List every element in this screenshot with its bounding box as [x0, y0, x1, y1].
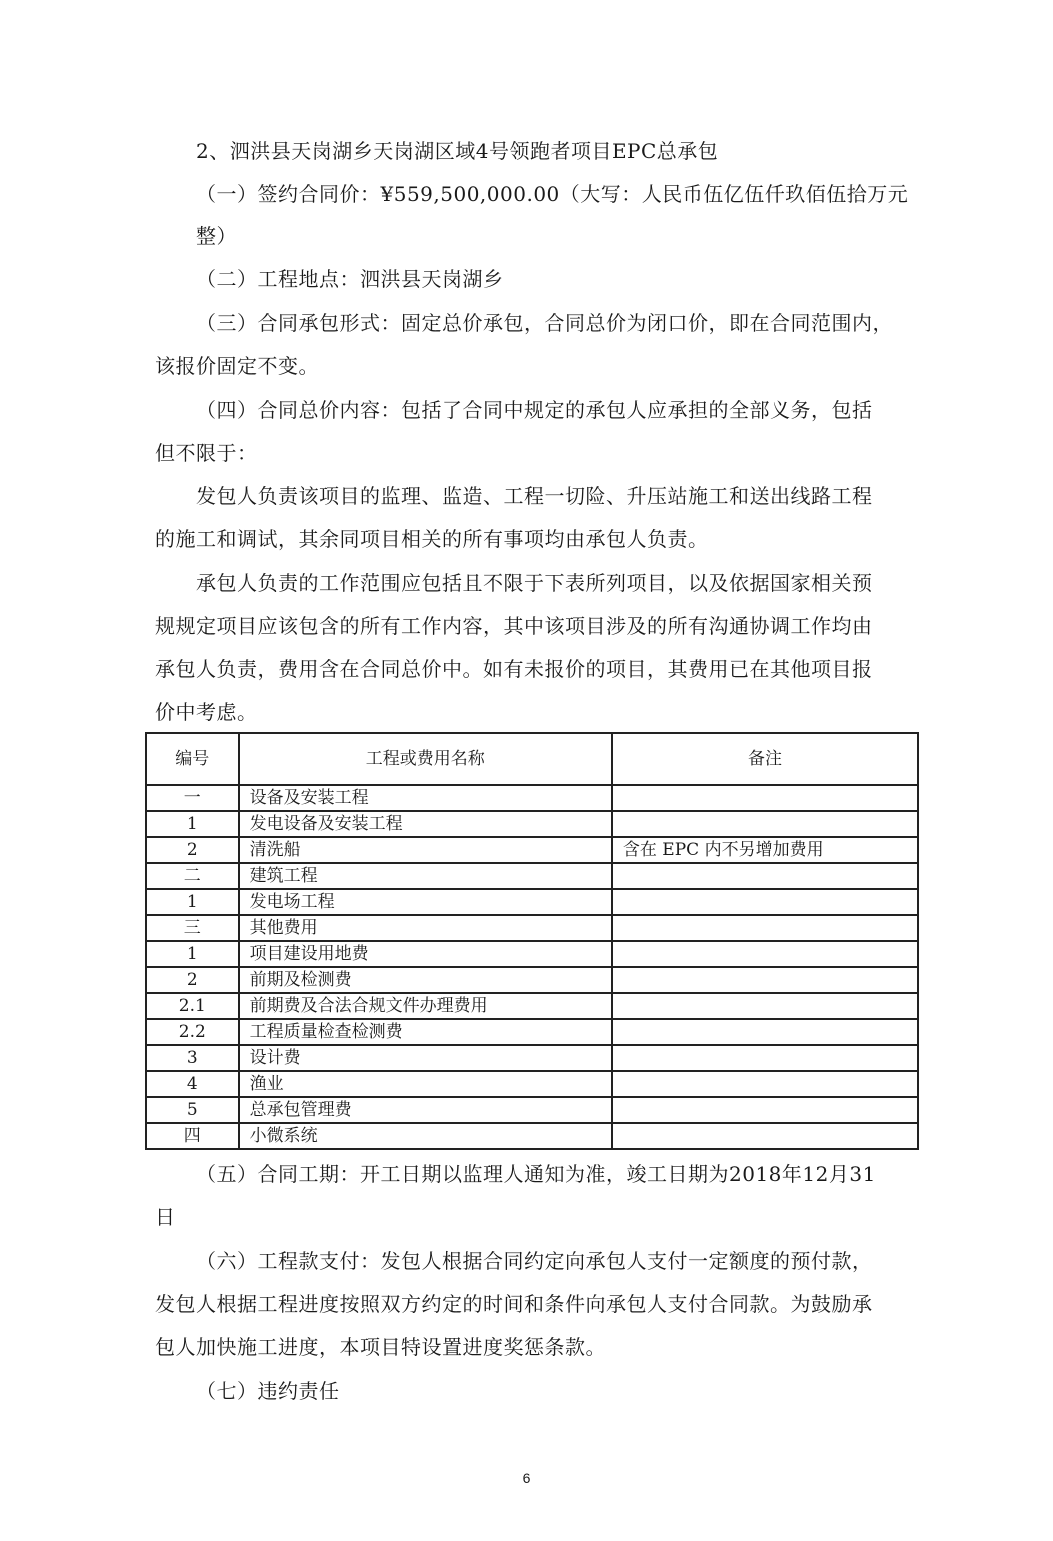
row-number: 2.1	[146, 993, 239, 1019]
scope-table: 编号 工程或费用名称 备注 一设备及安装工程 1发电设备及安装工程 2清洗船含在…	[145, 732, 919, 1150]
row-number: 四	[146, 1123, 239, 1149]
row-name: 设备及安装工程	[239, 785, 612, 811]
contract-content-line-2: 但不限于：	[155, 439, 258, 467]
table-row: 四小微系统	[146, 1123, 918, 1149]
table-row: 二建筑工程	[146, 863, 918, 889]
row-name: 发电设备及安装工程	[239, 811, 612, 837]
row-name: 建筑工程	[239, 863, 612, 889]
row-remark	[612, 785, 918, 811]
row-number: 三	[146, 915, 239, 941]
row-remark	[612, 1071, 918, 1097]
row-remark	[612, 941, 918, 967]
row-remark	[612, 1123, 918, 1149]
row-name: 前期费及合法合规文件办理费用	[239, 993, 612, 1019]
row-remark	[612, 1097, 918, 1123]
row-remark	[612, 889, 918, 915]
row-number: 5	[146, 1097, 239, 1123]
row-remark	[612, 967, 918, 993]
table-row: 4渔业	[146, 1071, 918, 1097]
contractor-scope-line-4: 价中考虑。	[155, 698, 258, 726]
project-location: （二）工程地点：泗洪县天岗湖乡	[196, 265, 504, 293]
row-remark: 含在 EPC 内不另增加费用	[612, 837, 918, 863]
row-remark	[612, 1045, 918, 1071]
liability-heading: （七）违约责任	[196, 1377, 340, 1405]
header-item-name: 工程或费用名称	[239, 733, 612, 785]
row-number: 1	[146, 811, 239, 837]
row-name: 设计费	[239, 1045, 612, 1071]
construction-period-line-2: 日	[155, 1203, 176, 1231]
row-name: 清洗船	[239, 837, 612, 863]
table-row: 1发电场工程	[146, 889, 918, 915]
employer-duty-line-2: 的施工和调试，其余同项目相关的所有事项均由承包人负责。	[155, 525, 709, 553]
row-remark	[612, 993, 918, 1019]
contract-price-line-1: （一）签约合同价：¥559,500,000.00（大写：人民币伍亿伍仟玖佰伍拾万…	[196, 180, 908, 208]
row-number: 一	[146, 785, 239, 811]
header-remarks: 备注	[612, 733, 918, 785]
row-number: 2	[146, 837, 239, 863]
payment-line-2: 发包人根据工程进度按照双方约定的时间和条件向承包人支付合同款。为鼓励承	[155, 1290, 873, 1318]
table-row: 3设计费	[146, 1045, 918, 1071]
page-number: 6	[0, 1470, 1053, 1486]
payment-line-1: （六）工程款支付：发包人根据合同约定向承包人支付一定额度的预付款，	[196, 1247, 873, 1275]
table-row: 一设备及安装工程	[146, 785, 918, 811]
row-number: 2	[146, 967, 239, 993]
table-header-row: 编号 工程或费用名称 备注	[146, 733, 918, 785]
section-heading: 2、泗洪县天岗湖乡天岗湖区域4号领跑者项目EPC总承包	[196, 137, 718, 165]
table-row: 2清洗船含在 EPC 内不另增加费用	[146, 837, 918, 863]
row-name: 工程质量检查检测费	[239, 1019, 612, 1045]
table-row: 1发电设备及安装工程	[146, 811, 918, 837]
row-remark	[612, 863, 918, 889]
row-number: 2.2	[146, 1019, 239, 1045]
table-row: 1项目建设用地费	[146, 941, 918, 967]
table-row: 三其他费用	[146, 915, 918, 941]
contract-content-line-1: （四）合同总价内容：包括了合同中规定的承包人应承担的全部义务，包括	[196, 396, 873, 424]
row-name: 前期及检测费	[239, 967, 612, 993]
table-row: 5总承包管理费	[146, 1097, 918, 1123]
row-name: 发电场工程	[239, 889, 612, 915]
row-name: 项目建设用地费	[239, 941, 612, 967]
row-name: 总承包管理费	[239, 1097, 612, 1123]
row-number: 1	[146, 889, 239, 915]
contractor-scope-line-2: 规规定项目应该包含的所有工作内容，其中该项目涉及的所有沟通协调工作均由	[155, 612, 873, 640]
contract-form-line-2: 该报价固定不变。	[155, 352, 319, 380]
row-name: 其他费用	[239, 915, 612, 941]
contract-price-line-2: 整）	[196, 222, 237, 250]
row-number: 二	[146, 863, 239, 889]
row-remark	[612, 811, 918, 837]
payment-line-3: 包人加快施工进度，本项目特设置进度奖惩条款。	[155, 1333, 606, 1361]
row-number: 1	[146, 941, 239, 967]
table-row: 2.1前期费及合法合规文件办理费用	[146, 993, 918, 1019]
row-number: 3	[146, 1045, 239, 1071]
row-name: 渔业	[239, 1071, 612, 1097]
row-name: 小微系统	[239, 1123, 612, 1149]
header-number: 编号	[146, 733, 239, 785]
construction-period-line-1: （五）合同工期：开工日期以监理人通知为准，竣工日期为2018年12月31	[196, 1160, 876, 1188]
contract-form-line-1: （三）合同承包形式：固定总价承包，合同总价为闭口价，即在合同范围内，	[196, 309, 893, 337]
table-row: 2.2工程质量检查检测费	[146, 1019, 918, 1045]
table-row: 2前期及检测费	[146, 967, 918, 993]
contractor-scope-line-3: 承包人负责，费用含在合同总价中。如有未报价的项目，其费用已在其他项目报	[155, 655, 873, 683]
row-number: 4	[146, 1071, 239, 1097]
contractor-scope-line-1: 承包人负责的工作范围应包括且不限于下表所列项目，以及依据国家相关预	[196, 569, 873, 597]
row-remark	[612, 915, 918, 941]
row-remark	[612, 1019, 918, 1045]
employer-duty-line-1: 发包人负责该项目的监理、监造、工程一切险、升压站施工和送出线路工程	[196, 482, 873, 510]
